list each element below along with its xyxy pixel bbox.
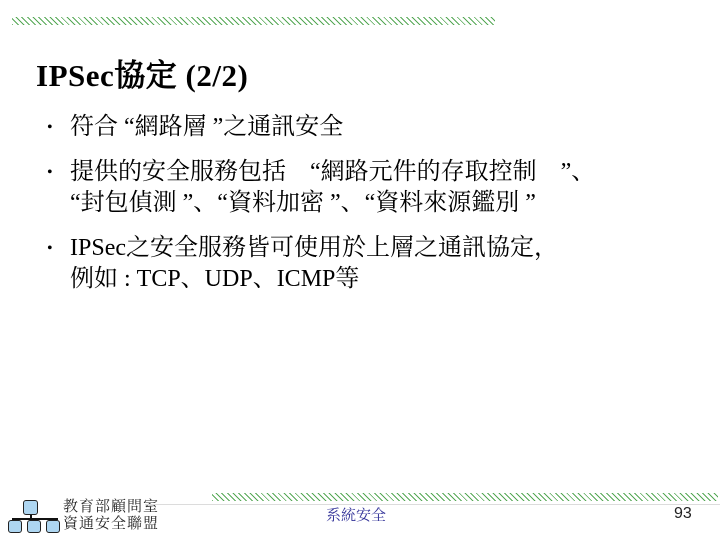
logo-text-line1: 教育部顧問室 [63, 499, 159, 516]
network-node-icon [27, 520, 41, 533]
page-number: 93 [674, 505, 692, 523]
bullet-list: • 符合 “網路層 ”之通訊安全 • 提供的安全服務包括 “網路元件的存取控制 … [44, 112, 692, 309]
bullet-text: “封包偵測 ”、“資料加密 ”、“資料來源鑑別 ” [70, 188, 692, 219]
slide-canvas: { "slide": { "title": "IPSec協定 (2/2)", "… [0, 0, 720, 540]
logo-text-line2: 資通安全聯盟 [63, 516, 159, 533]
org-logo: 教育部顧問室 資通安全聯盟 [6, 494, 216, 538]
network-node-icon [8, 520, 22, 533]
slide-title: IPSec協定 (2/2) [36, 50, 248, 95]
bullet-item: • IPSec之安全服務皆可使用於上層之通訊協定， 例如 : TCP、UDP、I… [44, 233, 692, 295]
decorative-hatch-top [12, 17, 495, 25]
bullet-text: 例如 : TCP、UDP、ICMP等 [70, 264, 692, 295]
network-node-icon [46, 520, 60, 533]
bullet-text: 符合 “網路層 ”之通訊安全 [70, 112, 343, 143]
network-node-icon [23, 500, 38, 515]
bullet-marker: • [44, 157, 70, 188]
bullet-marker: • [44, 112, 70, 143]
bullet-text: 提供的安全服務包括 “網路元件的存取控制 ”、 [70, 157, 595, 188]
bullet-marker: • [44, 233, 70, 264]
footer-course-label: 系統安全 [326, 504, 386, 525]
footer-divider [145, 504, 720, 505]
decorative-hatch-bottom [212, 493, 718, 501]
bullet-text: IPSec之安全服務皆可使用於上層之通訊協定， [70, 233, 558, 264]
bullet-item: • 符合 “網路層 ”之通訊安全 [44, 112, 692, 143]
bullet-item: • 提供的安全服務包括 “網路元件的存取控制 ”、 “封包偵測 ”、“資料加密 … [44, 157, 692, 219]
